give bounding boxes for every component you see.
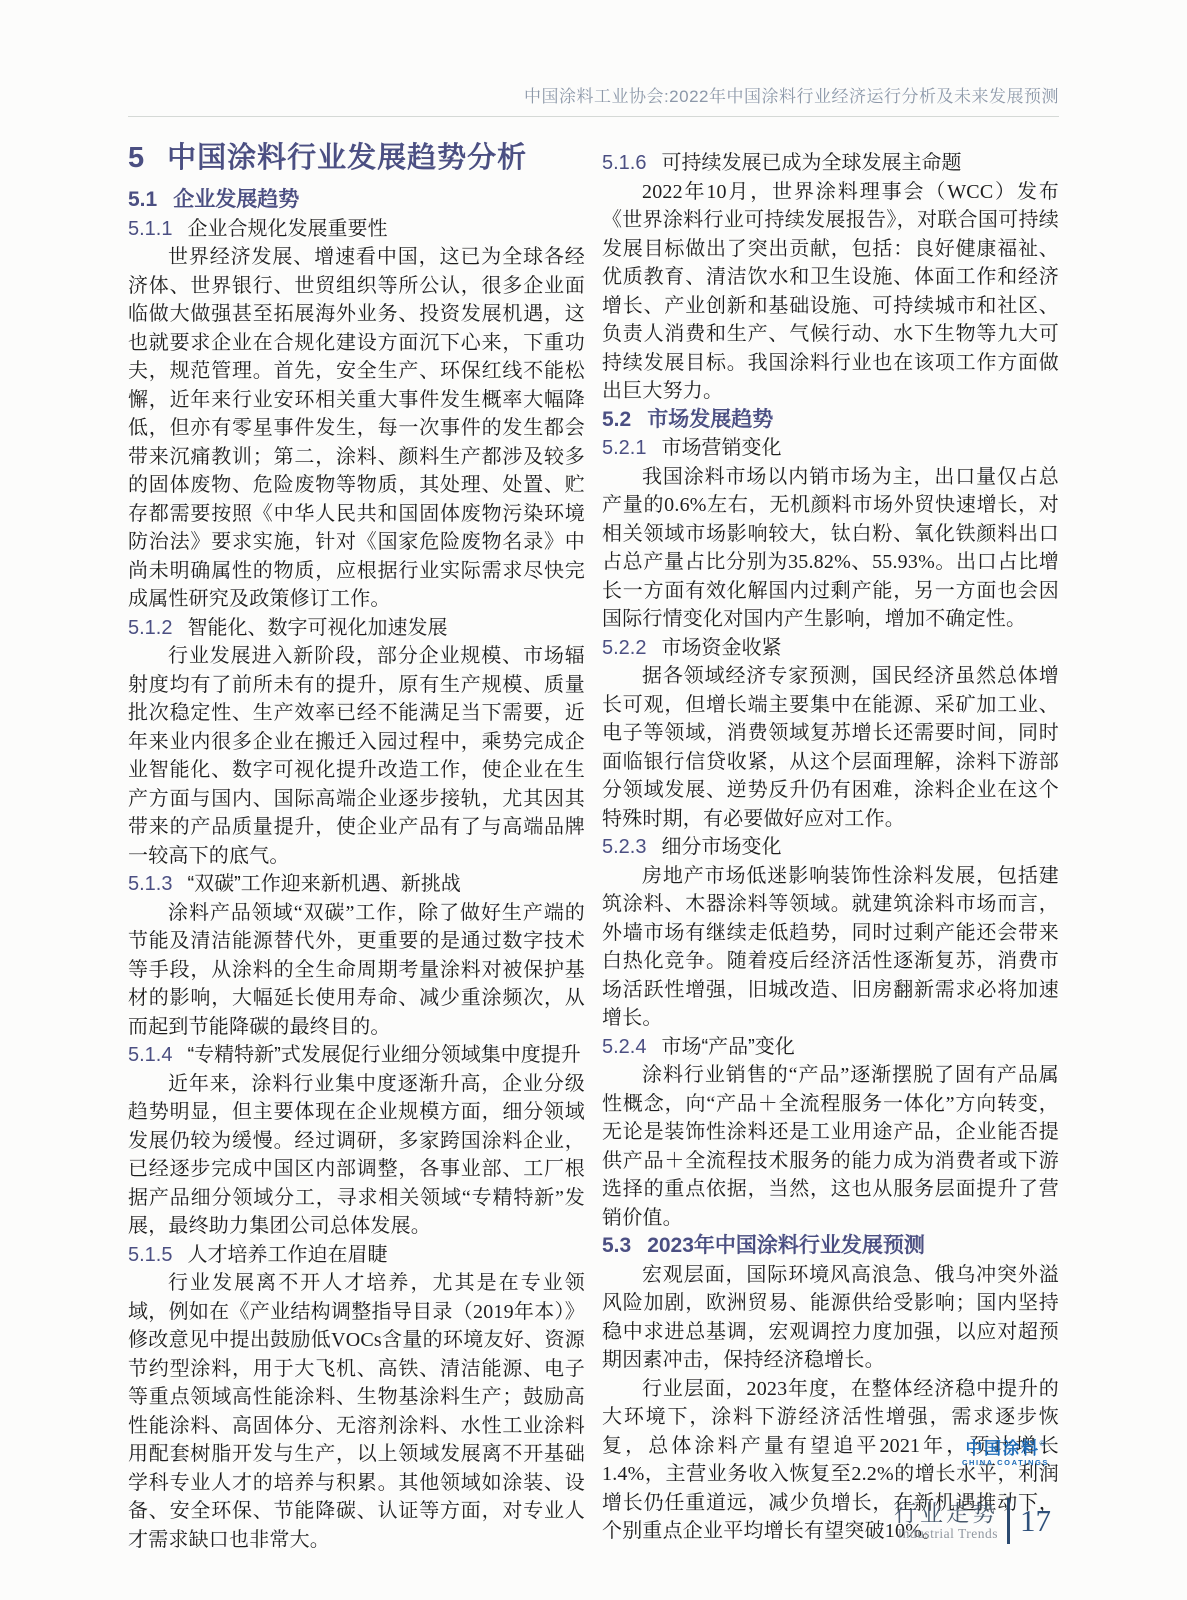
section-title: “双碳”工作迎来新机遇、新挑战 <box>187 870 460 899</box>
paragraph-5-1-4: 近年来，涂料行业集中度逐渐升高，企业分级趋势明显，但主要体现在企业规模方面，细分… <box>128 1070 585 1241</box>
section-heading-5-2-3: 5.2.3 细分市场变化 <box>602 833 1059 862</box>
section-title: 市场营销变化 <box>661 434 781 463</box>
section-title: 市场“产品”变化 <box>661 1033 794 1062</box>
section-heading-5-2-1: 5.2.1 市场营销变化 <box>602 434 1059 463</box>
section-heading-5-1-4: 5.1.4 “专精特新”式发展促行业细分领域集中度提升 <box>128 1041 585 1070</box>
footer-section-label: 行业走势 Industrial Trends <box>894 1500 998 1542</box>
section-heading-5-3: 5.3 2023年中国涂料行业发展预测 <box>602 1232 1059 1261</box>
section-heading-5-1: 5.1 企业发展趋势 <box>128 186 585 215</box>
section-number: 5.2.2 <box>602 634 646 663</box>
section-title: 市场发展趋势 <box>647 406 773 435</box>
section-number: 5.1 <box>128 186 157 215</box>
section-number: 5.1.6 <box>602 149 646 178</box>
section-number: 5 <box>128 139 145 177</box>
page-footer: 行业走势 Industrial Trends 17 <box>894 1498 1051 1544</box>
logo-en-text: CHINA COATINGS <box>962 1459 1049 1467</box>
paragraph-5-2-4: 涂料行业销售的“产品”逐渐摆脱了固有产品属性概念，向“产品＋全流程服务一体化”方… <box>602 1061 1059 1232</box>
section-number: 5.2 <box>602 406 631 435</box>
section-heading-5-1-5: 5.1.5 人才培养工作迫在眉睫 <box>128 1241 585 1270</box>
footer-divider <box>1007 1498 1010 1544</box>
document-page: 中国涂料工业协会:2022年中国涂料行业经济运行分析及未来发展预测 5 中国涂料… <box>0 0 1187 1600</box>
section-title: 细分市场变化 <box>661 833 781 862</box>
section-heading-5-1-2: 5.1.2 智能化、数字可视化加速发展 <box>128 614 585 643</box>
section-title: 人才培养工作迫在眉睫 <box>187 1241 387 1270</box>
paragraph-5-1-6: 2022年10月，世界涂料理事会（WCC）发布《世界涂料行业可持续发展报告》，对… <box>602 178 1059 406</box>
logo-cn-text: 中国涂料® <box>962 1440 1049 1459</box>
section-number: 5.1.5 <box>128 1241 172 1270</box>
section-number: 5.1.2 <box>128 614 172 643</box>
section-number: 5.1.1 <box>128 215 172 244</box>
section-heading-5-2-2: 5.2.2 市场资金收紧 <box>602 634 1059 663</box>
section-title: 企业发展趋势 <box>173 186 299 215</box>
section-title: 2023年中国涂料行业发展预测 <box>647 1232 925 1261</box>
paragraph-5-1-3: 涂料产品领域“双碳”工作，除了做好生产端的节能及清洁能源替代外，更重要的是通过数… <box>128 899 585 1042</box>
section-number: 5.3 <box>602 1232 631 1261</box>
page-number: 17 <box>1020 1503 1051 1539</box>
section-number: 5.1.3 <box>128 870 172 899</box>
footer-label-en: Industrial Trends <box>894 1526 998 1542</box>
page-content: 中国涂料工业协会:2022年中国涂料行业经济运行分析及未来发展预测 5 中国涂料… <box>128 82 1059 1554</box>
paragraph-5-3-macro: 宏观层面，国际环境风高浪急、俄乌冲突外溢风险加剧，欧洲贸易、能源供给受影响；国内… <box>602 1261 1059 1375</box>
section-title: 智能化、数字可视化加速发展 <box>187 614 447 643</box>
section-heading-5: 5 中国涂料行业发展趋势分析 <box>128 139 585 177</box>
section-heading-5-1-1: 5.1.1 企业合规化发展重要性 <box>128 215 585 244</box>
section-number: 5.2.1 <box>602 434 646 463</box>
section-title: “专精特新”式发展促行业细分领域集中度提升 <box>187 1041 580 1070</box>
china-coatings-logo: 中国涂料® CHINA COATINGS <box>962 1440 1049 1467</box>
paragraph-5-1-2: 行业发展进入新阶段，部分企业规模、市场辐射度均有了前所未有的提升，原有生产规模、… <box>128 642 585 870</box>
section-number: 5.2.3 <box>602 833 646 862</box>
registered-mark-icon: ® <box>1040 1439 1046 1448</box>
paragraph-5-2-2: 据各领域经济专家预测，国民经济虽然总体增长可观，但增长端主要集中在能源、采矿加工… <box>602 662 1059 833</box>
two-column-layout: 5 中国涂料行业发展趋势分析 5.1 企业发展趋势 5.1.1 企业合规化发展重… <box>128 139 1059 1554</box>
section-heading-5-2-4: 5.2.4 市场“产品”变化 <box>602 1033 1059 1062</box>
running-header: 中国涂料工业协会:2022年中国涂料行业经济运行分析及未来发展预测 <box>128 82 1059 117</box>
section-heading-5-1-6: 5.1.6 可持续发展已成为全球发展主命题 <box>602 149 1059 178</box>
section-title: 中国涂料行业发展趋势分析 <box>167 139 527 177</box>
section-heading-5-2: 5.2 市场发展趋势 <box>602 406 1059 435</box>
section-title: 可持续发展已成为全球发展主命题 <box>661 149 961 178</box>
right-column: 5.1.6 可持续发展已成为全球发展主命题 2022年10月，世界涂料理事会（W… <box>602 139 1059 1554</box>
paragraph-5-2-1: 我国涂料市场以内销市场为主，出口量仅占总产量的0.6%左右，无机颜料市场外贸快速… <box>602 463 1059 634</box>
section-heading-5-1-3: 5.1.3 “双碳”工作迎来新机遇、新挑战 <box>128 870 585 899</box>
footer-label-cn: 行业走势 <box>894 1500 998 1526</box>
paragraph-5-1-1: 世界经济发展、增速看中国，这已为全球各经济体、世界银行、世贸组织等所公认，很多企… <box>128 243 585 614</box>
paragraph-5-1-5: 行业发展离不开人才培养，尤其是在专业领域，例如在《产业结构调整指导目录（2019… <box>128 1269 585 1554</box>
section-title: 市场资金收紧 <box>661 634 781 663</box>
paragraph-5-2-3: 房地产市场低迷影响装饰性涂料发展，包括建筑涂料、木器涂料等领域。就建筑涂料市场而… <box>602 862 1059 1033</box>
section-title: 企业合规化发展重要性 <box>187 215 387 244</box>
left-column: 5 中国涂料行业发展趋势分析 5.1 企业发展趋势 5.1.1 企业合规化发展重… <box>128 139 585 1554</box>
section-number: 5.2.4 <box>602 1033 646 1062</box>
section-number: 5.1.4 <box>128 1041 172 1070</box>
